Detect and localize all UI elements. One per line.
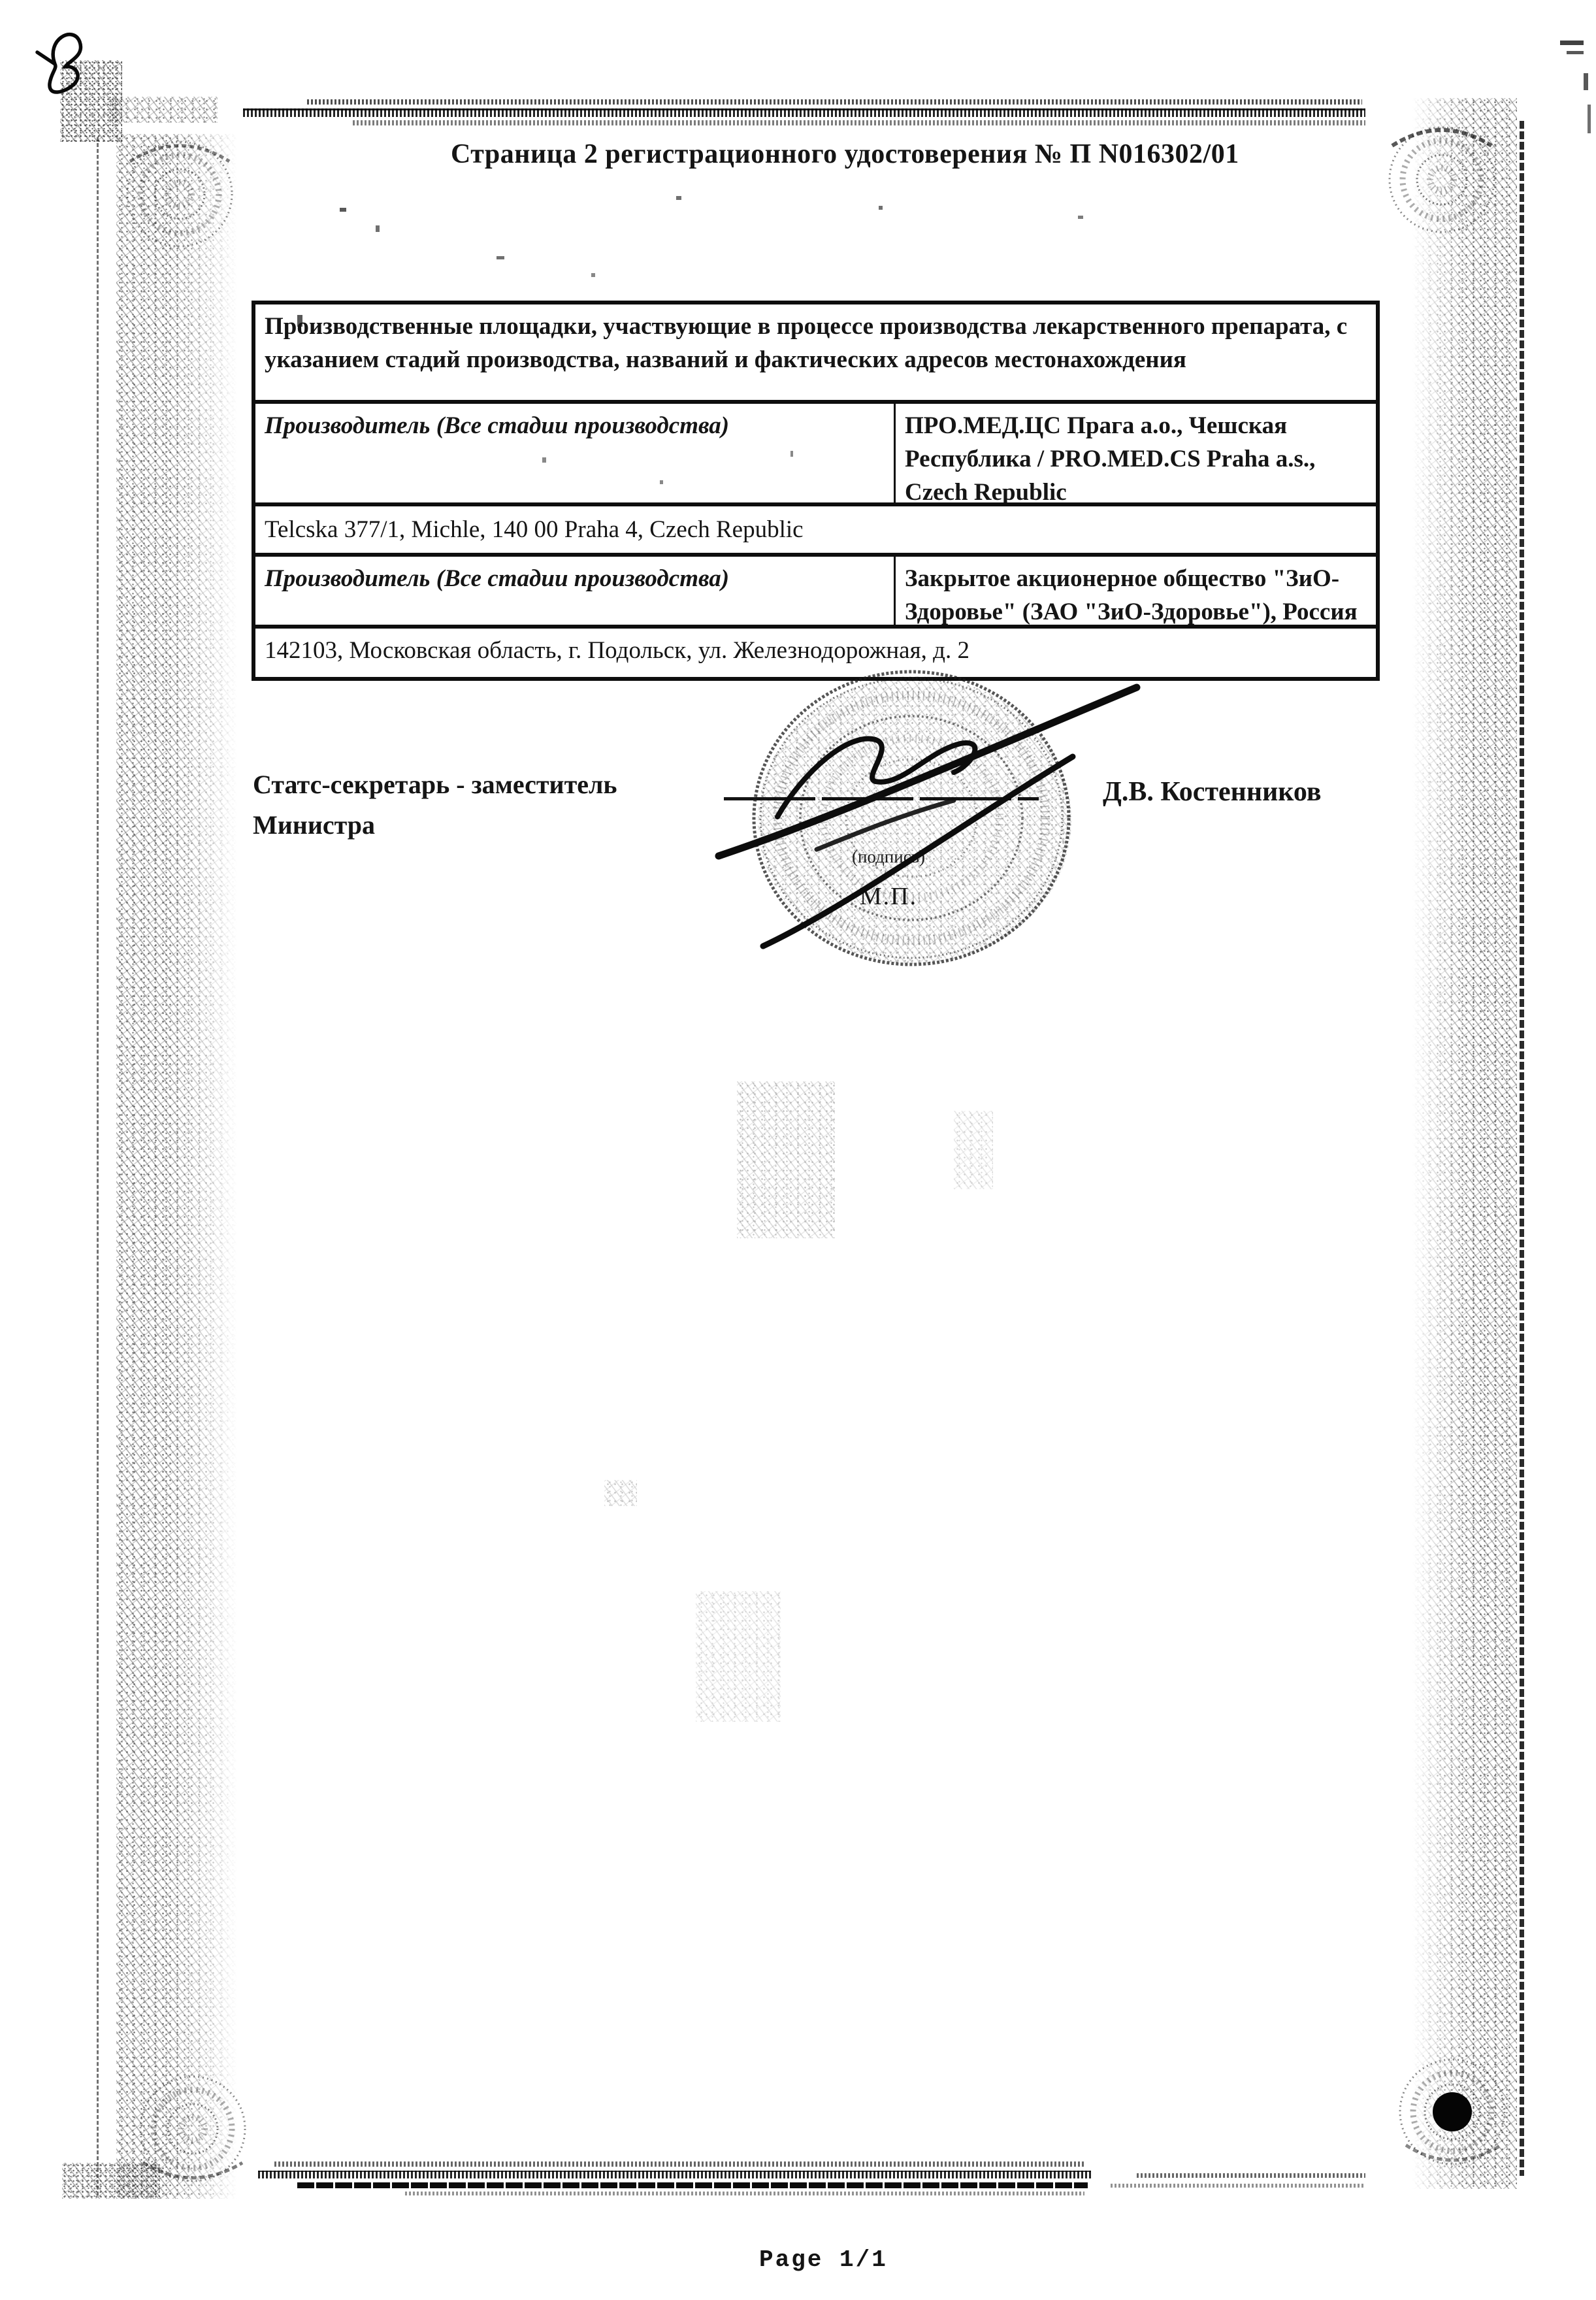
producer-value-cell: ПРО.МЕД.ЦС Прага а.о., Чешская Республик… — [894, 404, 1376, 502]
signatory-role-line1: Статс-секретарь - заместитель — [253, 770, 617, 799]
signatory-role-line2: Министра — [253, 810, 375, 840]
scan-border-bottom-streak — [258, 2171, 1091, 2178]
producer-label-cell: Производитель (Все стадии производства) — [255, 557, 894, 625]
scan-fleck — [879, 206, 883, 210]
page-title: Страница 2 регистрационного удостоверени… — [451, 139, 1239, 170]
page-footer: Page 1/1 — [759, 2246, 888, 2273]
scan-noise-corner-cluster — [62, 2163, 160, 2199]
scan-fleck — [1567, 51, 1584, 54]
table-header-cell: Производственные площадки, участвующие в… — [255, 304, 1376, 404]
producer-value: ПРО.МЕД.ЦС Прага а.о., Чешская Республик… — [905, 412, 1315, 506]
scan-fleck — [1588, 105, 1591, 133]
address-row-1: Telcska 377/1, Michle, 140 00 Praha 4, C… — [255, 506, 1376, 557]
production-table: Производственные площадки, участвующие в… — [252, 301, 1380, 681]
scan-smudge — [604, 1480, 637, 1506]
scan-border-top-streak — [243, 108, 1365, 117]
producer-row-2: Производитель (Все стадии производства) … — [255, 557, 1376, 629]
producer-label: Производитель (Все стадии производства) — [265, 565, 729, 592]
scan-fleck — [497, 256, 504, 259]
signatory-role: Статс-секретарь - заместитель Министра — [253, 764, 710, 846]
scan-noise-top-left-stub — [110, 97, 218, 123]
producer-row-1: Производитель (Все стадии производства) … — [255, 404, 1376, 506]
producer-value: Закрытое акционерное общество "ЗиО-Здоро… — [905, 565, 1358, 625]
rosette-ornament-bottom-right — [1397, 2055, 1514, 2173]
scan-border-right-band — [1412, 98, 1517, 2189]
scan-fleck — [340, 208, 346, 212]
scan-border-bottom-streak — [1111, 2184, 1365, 2188]
scan-border-right-line — [1520, 121, 1524, 2176]
scan-fleck — [676, 196, 681, 200]
table-header-text: Производственные площадки, участвующие в… — [265, 313, 1347, 373]
producer-label: Производитель (Все стадии производства) — [265, 412, 729, 439]
scan-fleck — [376, 225, 380, 232]
scan-smudge — [696, 1591, 781, 1722]
ink-dot — [1433, 2092, 1472, 2131]
scan-border-bottom-streak — [274, 2161, 1084, 2167]
scan-fleck — [591, 273, 595, 277]
scan-border-bottom-streak — [297, 2182, 1088, 2188]
address-text: Telcska 377/1, Michle, 140 00 Praha 4, C… — [265, 516, 804, 543]
scan-fleck — [1584, 73, 1588, 90]
scan-border-bottom-streak — [405, 2192, 1084, 2195]
scan-fleck — [1078, 216, 1083, 219]
scan-smudge — [737, 1081, 835, 1238]
rosette-ornament-top-right — [1383, 120, 1501, 237]
scan-noise-corner-cluster — [60, 60, 122, 142]
scan-fleck — [1560, 41, 1584, 45]
scan-smudge — [954, 1111, 993, 1189]
scan-border-left-band — [116, 134, 237, 2199]
scan-border-top-streak — [307, 99, 1362, 105]
producer-value-cell: Закрытое акционерное общество "ЗиО-Здоро… — [894, 557, 1376, 625]
scan-border-top-streak — [353, 120, 1365, 125]
scanned-document-page: Страница 2 регистрационного удостоверени… — [0, 0, 1596, 2300]
producer-label-cell: Производитель (Все стадии производства) — [255, 404, 894, 502]
signature-strokes — [679, 653, 1176, 993]
scan-border-left-line — [97, 137, 99, 2195]
rosette-ornament-top-left — [121, 134, 238, 252]
scan-border-bottom-streak — [1137, 2173, 1365, 2178]
